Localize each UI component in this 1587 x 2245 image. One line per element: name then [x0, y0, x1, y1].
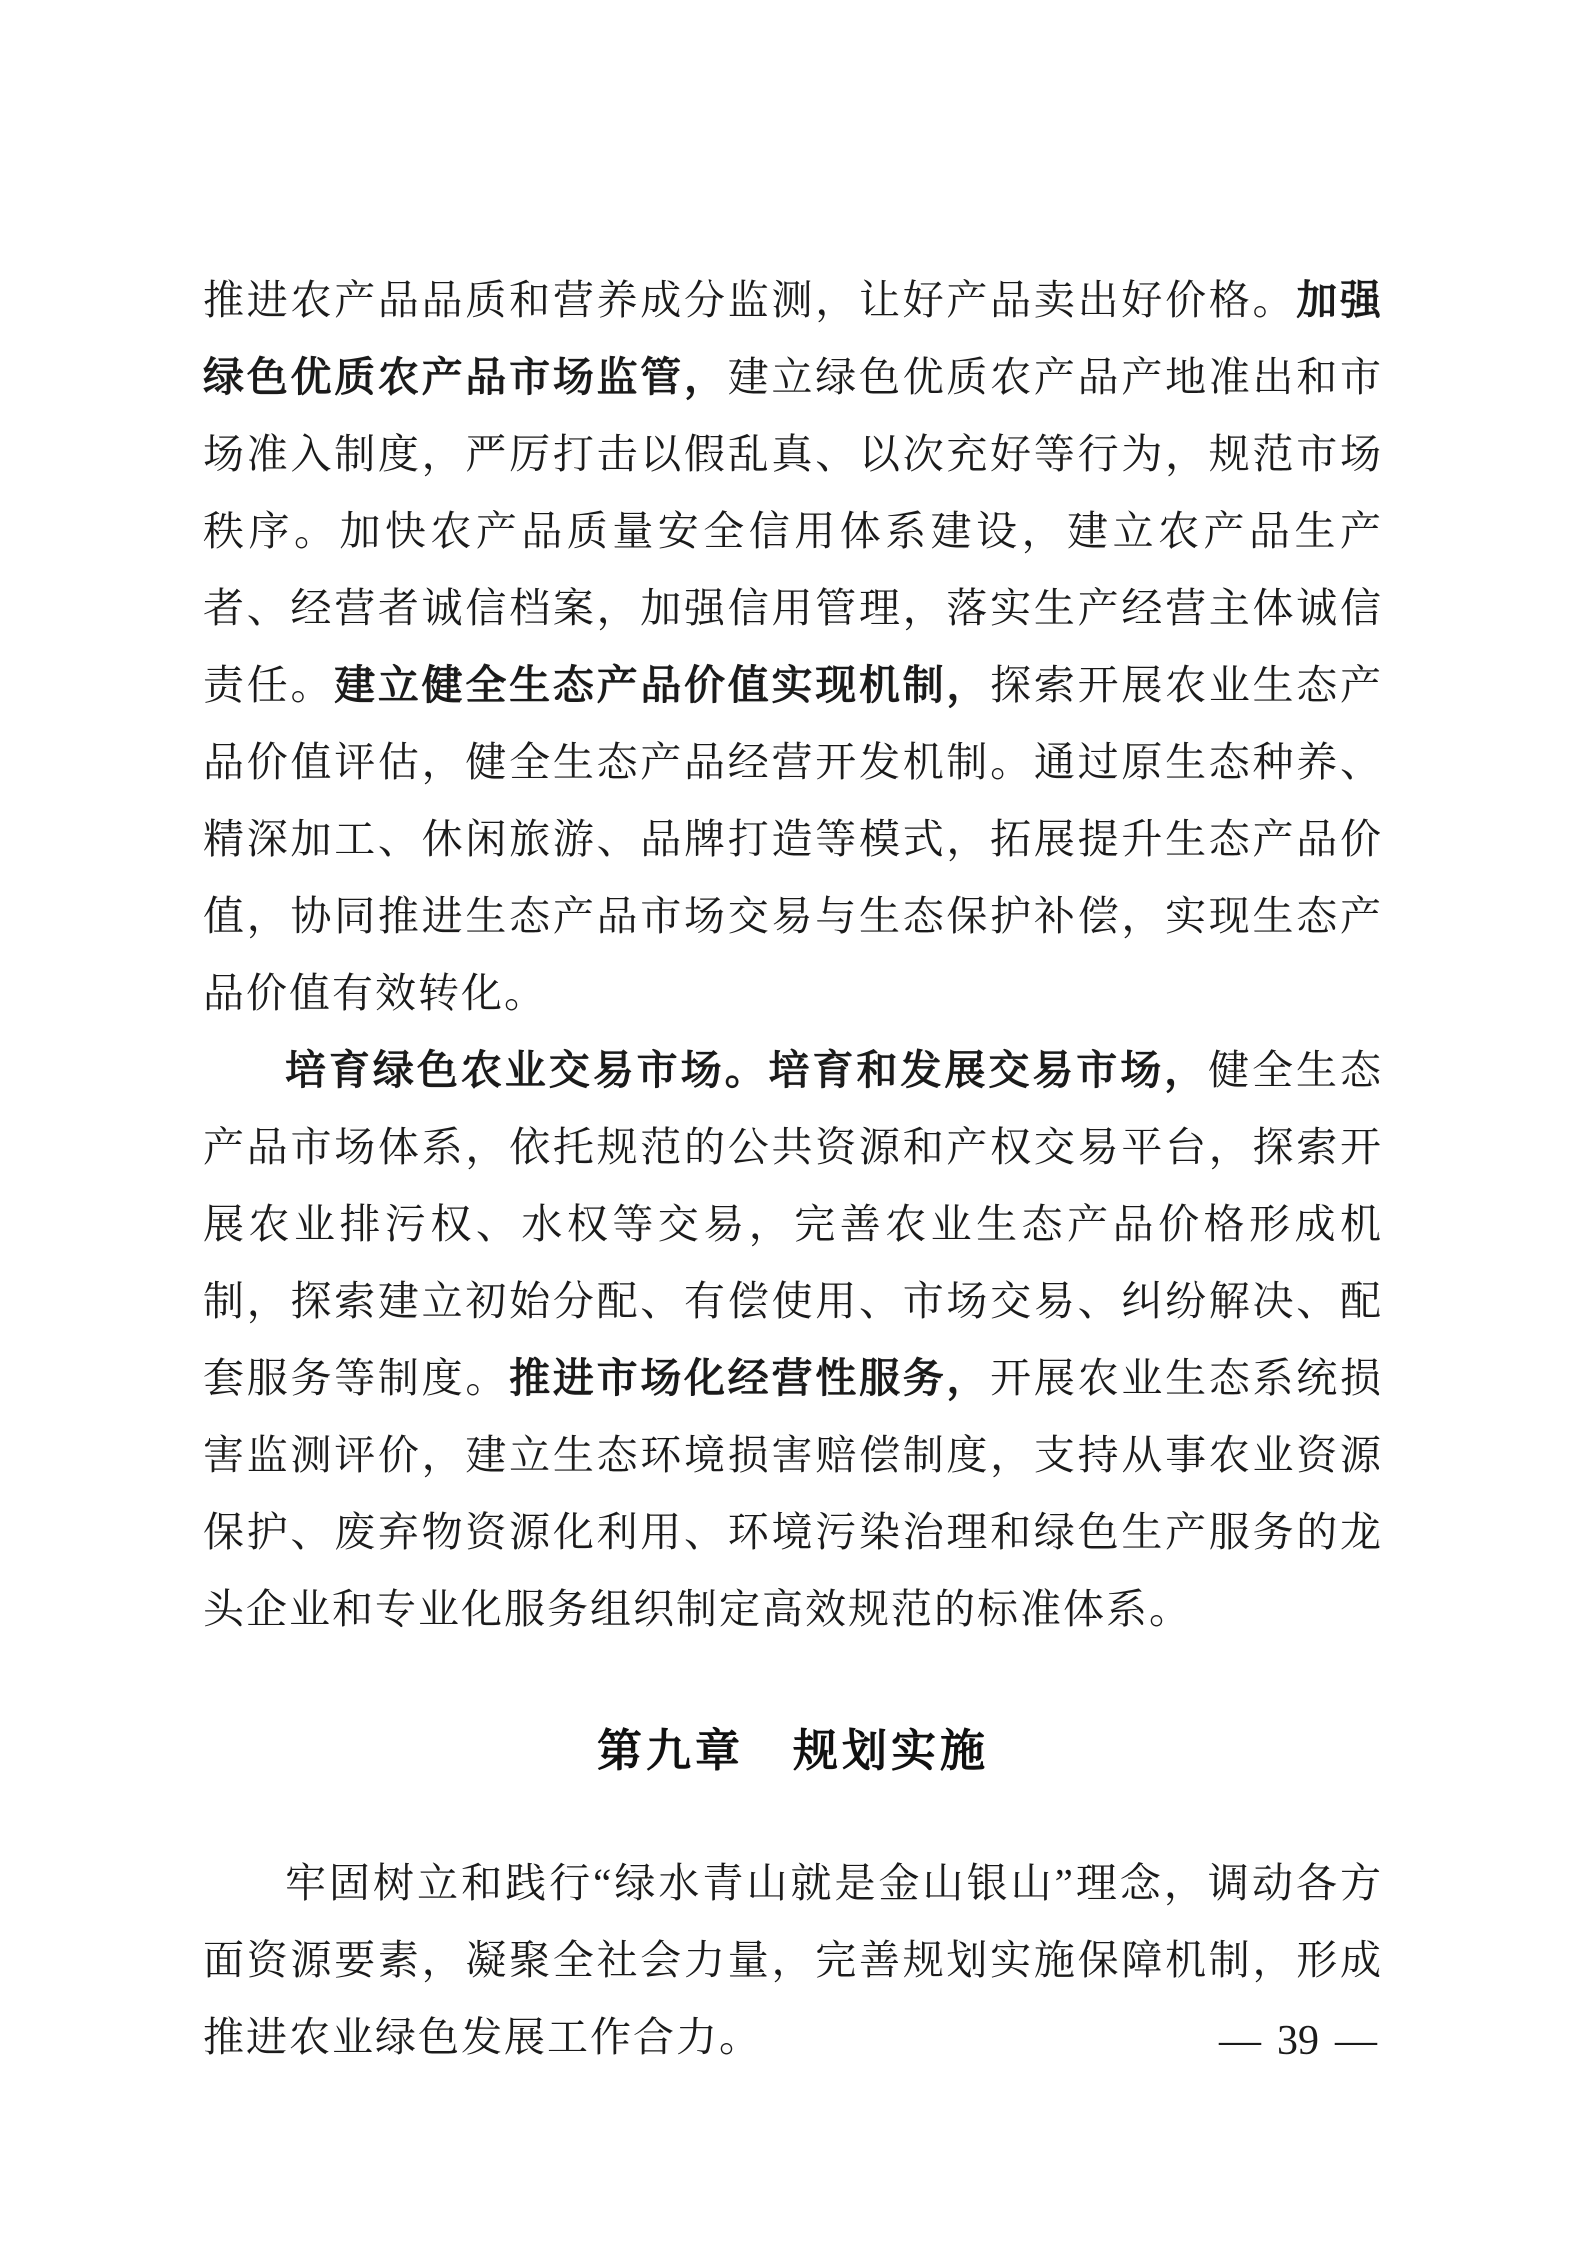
text-run: 牢固树立和践行“绿水青山就是金山银山”理念，调动各方面资源要素，凝聚全社会力量，… — [203, 1860, 1383, 2060]
text-run: 推进农产品品质和营养成分监测，让好产品卖出好价格。 — [203, 277, 1296, 323]
emphasis-text-run: 推进市场化经营性服务， — [509, 1355, 990, 1401]
page-footer: —39— — [1219, 2016, 1377, 2066]
document-page: 推进农产品品质和营养成分监测，让好产品卖出好价格。加强绿色优质农产品市场监管，建… — [0, 0, 1587, 2245]
body-paragraph: 推进农产品品质和营养成分监测，让好产品卖出好价格。加强绿色优质农产品市场监管，建… — [203, 262, 1383, 1032]
emphasis-text-run: 建立健全生态产品价值实现机制， — [334, 662, 990, 708]
emphasis-text-run: 培育绿色农业交易市场。培育和发展交易市场， — [285, 1047, 1208, 1093]
body-paragraph: 牢固树立和践行“绿水青山就是金山银山”理念，调动各方面资源要素，凝聚全社会力量，… — [203, 1845, 1383, 2076]
page-number: 39 — [1277, 2018, 1319, 2064]
footer-dash-right: — — [1335, 2018, 1377, 2064]
text-run: 建立绿色优质农产品产地准出和市场准入制度，严厉打击以假乱真、以次充好等行为，规范… — [203, 354, 1383, 708]
chapter-heading: 第九章 规划实施 — [203, 1712, 1383, 1789]
text-run: 探索开展农业生态产品价值评估，健全生态产品经营开发机制。通过原生态种养、精深加工… — [203, 662, 1383, 1016]
text-run: 健全生态产品市场体系，依托规范的公共资源和产权交易平台，探索开展农业排污权、水权… — [203, 1047, 1383, 1401]
document-body: 推进农产品品质和营养成分监测，让好产品卖出好价格。加强绿色优质农产品市场监管，建… — [203, 262, 1383, 2076]
footer-dash-left: — — [1219, 2018, 1261, 2064]
body-paragraph: 培育绿色农业交易市场。培育和发展交易市场，健全生态产品市场体系，依托规范的公共资… — [203, 1032, 1383, 1648]
